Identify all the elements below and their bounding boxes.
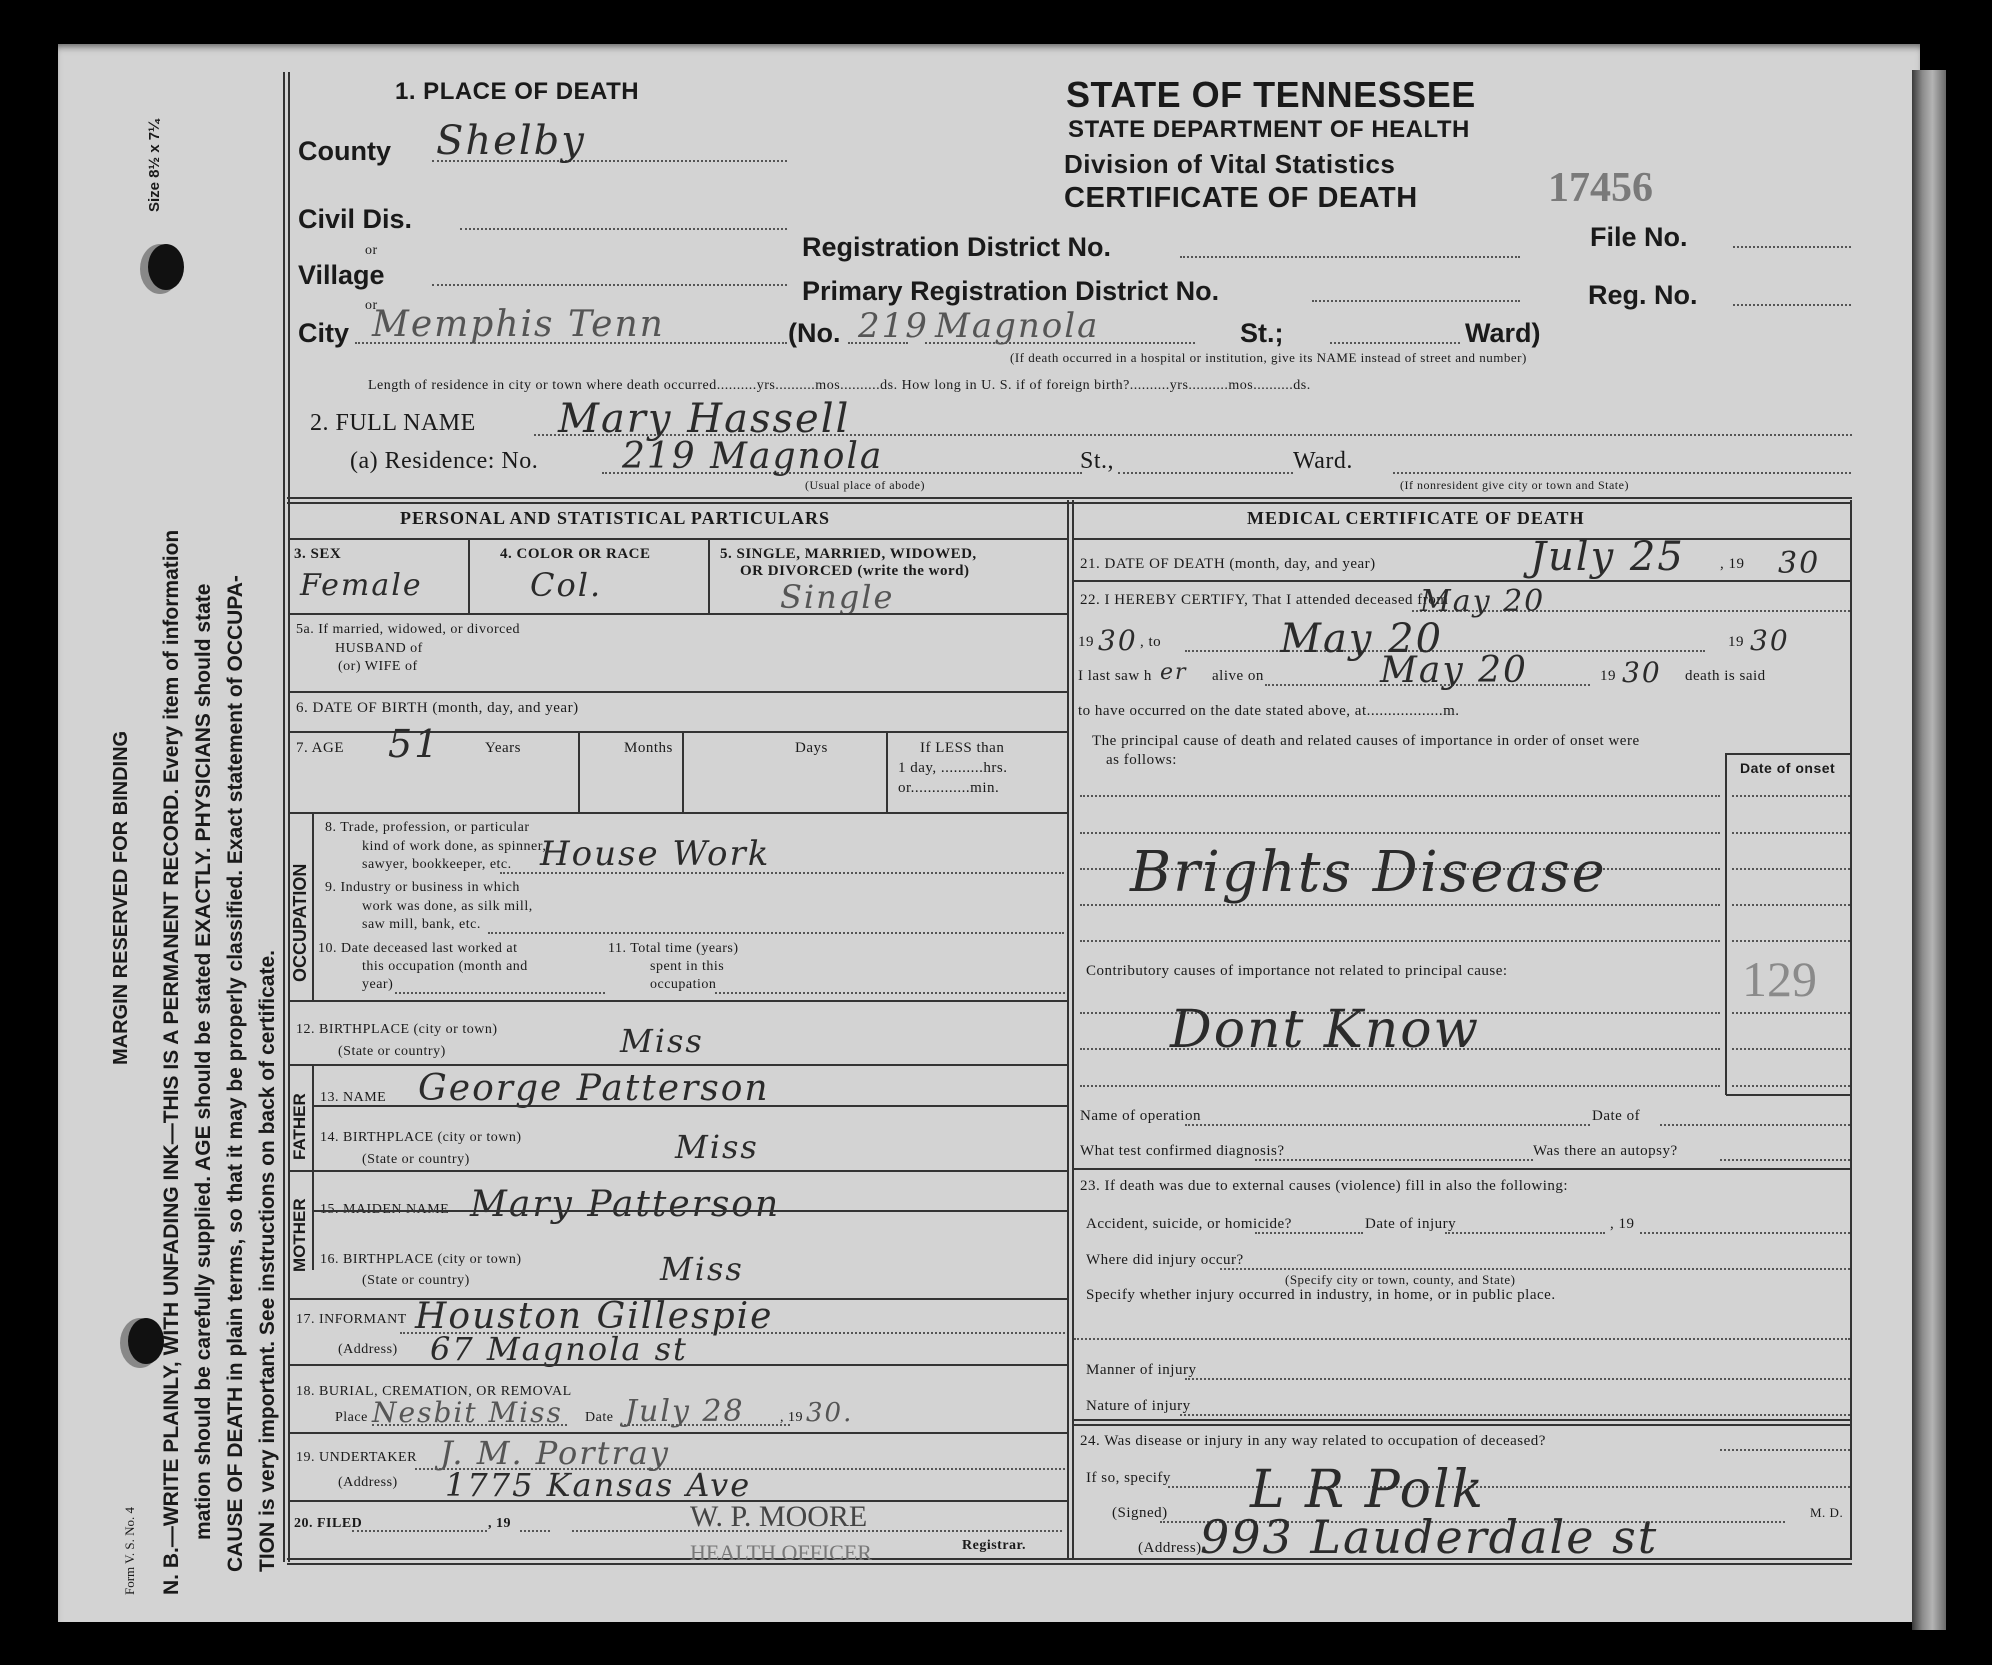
if-so-label: If so, specify [1086,1470,1171,1487]
residence-value[interactable]: 219 Magnola [622,436,883,477]
trade-value[interactable]: House Work [540,834,770,874]
civil-district-label: Civil Dis. [298,204,412,235]
last-saw-label: I last saw h [1078,668,1152,685]
nature-injury-label: Nature of injury [1086,1398,1191,1415]
row-line [1074,538,1852,540]
injury-year-label: , 19 [1610,1216,1635,1233]
signed-label: (Signed) [1112,1505,1168,1522]
last-worked-label-1: 10. Date deceased last worked at [318,941,517,957]
medical-heading: MEDICAL CERTIFICATE OF DEATH [1247,508,1585,529]
birthplace-label-2: (State or country) [338,1044,446,1060]
birthplace-label-1: 12. BIRTHPLACE (city or town) [296,1022,497,1038]
father-birthplace-value[interactable]: Miss [675,1128,759,1166]
cause-line [1080,795,1720,797]
civil-district-field[interactable] [460,228,787,230]
father-side-label: FATHER [290,1093,310,1160]
file-no-field[interactable] [1733,246,1851,248]
onset-box-top [1726,753,1850,755]
instruction-line-1: N. B.—WRITE PLAINLY, WITH UNFADING INK—T… [160,530,184,1595]
marital-value[interactable]: Single [780,578,894,616]
col-line [578,731,580,812]
registrar-label: Registrar. [962,1538,1026,1554]
division-title: Division of Vital Statistics [1064,149,1395,180]
manner-injury-label: Manner of injury [1086,1362,1196,1379]
registrar-stamp: W. P. MOORE [690,1500,867,1534]
year-prefix: 19 [1078,634,1094,651]
trade-label-3: sawyer, bookkeeper, etc. [362,857,512,873]
row-line [288,1364,1068,1366]
registration-district-field[interactable] [1180,256,1520,258]
personal-heading: PERSONAL AND STATISTICAL PARTICULARS [400,508,830,529]
mother-birthplace-value[interactable]: Miss [660,1250,744,1288]
attended-from-value[interactable]: May 20 [1420,584,1545,619]
marital-label-1: 5. SINGLE, MARRIED, WIDOWED, [720,546,977,563]
trade-label-2: kind of work done, as spinner, [362,839,546,855]
test-field[interactable] [1255,1159,1533,1161]
last-worked-label-2: this occupation (month and [362,959,528,975]
industry-field[interactable] [488,932,1064,934]
race-label: 4. COLOR OR RACE [500,546,651,563]
instruction-line-3: CAUSE OF DEATH in plain terms, so that i… [224,575,248,1572]
col-line [312,812,314,1000]
onset-line [1732,1085,1850,1087]
margin-code: 129 [1742,950,1817,1008]
last-saw-year[interactable]: 30 [1622,656,1662,689]
onset-line [1732,940,1850,942]
autopsy-field[interactable] [1720,1159,1850,1161]
injury-year-field[interactable] [1640,1232,1850,1234]
date-of-death-year-prefix: , 19 [1720,556,1745,573]
date-of-death-value[interactable]: July 25 [1530,534,1685,580]
row-line [288,691,1068,693]
days-label: Days [795,740,828,757]
age-label: 7. AGE [296,740,344,757]
county-value[interactable]: Shelby [436,118,586,164]
residence-st-field[interactable] [1118,472,1293,474]
street-value[interactable]: Magnola [935,306,1099,346]
undertaker-label: 19. UNDERTAKER [296,1450,417,1466]
filed-year-field[interactable] [520,1530,550,1532]
burial-date-value[interactable]: July 28 [625,1394,745,1429]
binding-margin-note: MARGIN RESERVED FOR BINDING [110,731,133,1065]
months-label: Months [624,740,673,757]
onset-line [1732,1048,1850,1050]
city-value[interactable]: Memphis Tenn [372,304,665,345]
hospital-note: (If death occurred in a hospital or inst… [1010,350,1527,366]
col-line [312,1064,314,1270]
date-of-death-year[interactable]: 30 [1778,546,1820,581]
last-worked-label-3: year) [362,977,393,993]
date-of-death-label: 21. DATE OF DEATH (month, day, and year) [1080,556,1376,573]
burial-year-prefix: , 19 [780,1410,803,1426]
occupation-related-label: 24. Was disease or injury in any way rel… [1080,1433,1546,1450]
instruction-line-2: mation should be carefully supplied. AGE… [192,584,216,1540]
date-of-onset-label: Date of onset [1740,760,1835,776]
col-line [708,538,710,614]
nonresident-note: (If nonresident give city or town and St… [1400,478,1629,493]
residence-label: (a) Residence: No. [350,448,538,475]
county-label: County [298,136,391,167]
certify-label: 22. I HEREBY CERTIFY, That I attended de… [1080,592,1448,609]
residence-ward-label: Ward. [1293,448,1353,475]
row-line [312,1210,1068,1212]
accident-label: Accident, suicide, or homicide? [1086,1216,1292,1233]
last-worked-field[interactable] [395,992,605,994]
year-prefix-3: 19 [1600,668,1616,685]
certificate-stamp-number: 17456 [1548,164,1653,212]
row-line [288,538,1068,540]
onset-line [1732,832,1850,834]
industry-label-3: saw mill, bank, etc. [362,917,481,933]
sex-value[interactable]: Female [300,568,423,603]
ward-field[interactable] [1330,342,1460,344]
physician-address-value[interactable]: 993 Lauderdale st [1200,1510,1658,1564]
race-value[interactable]: Col. [530,566,602,604]
village-field[interactable] [432,284,787,286]
informant-label: 17. INFORMANT [296,1312,407,1328]
father-name-label: 13. NAME [320,1090,386,1106]
operation-label: Name of operation [1080,1108,1201,1125]
primary-registration-field[interactable] [1312,300,1520,302]
burial-year-value[interactable]: 30. [806,1398,853,1428]
row-line [1074,580,1852,582]
department-title: STATE DEPARTMENT OF HEALTH [1068,116,1470,144]
onset-line [1732,868,1850,870]
where-injury-note: (Specify city or town, county, and State… [1285,1272,1516,1288]
residence-st-label: St., [1080,448,1114,475]
place-of-death-heading: 1. PLACE OF DEATH [395,78,639,106]
row-line-double [1074,1419,1852,1426]
row-line [312,1105,1068,1107]
burial-date-label: Date [585,1410,613,1426]
last-saw-value[interactable]: May 20 [1380,650,1528,691]
binding-hole-bottom [128,1318,164,1364]
ward-label: Ward) [1465,318,1541,349]
contributory-line [1080,1085,1720,1087]
column-divider [1067,500,1074,1560]
city-label: City [298,318,349,349]
row-line [288,1064,1068,1066]
primary-registration-label: Primary Registration District No. [802,276,1219,307]
total-time-label-2: spent in this [650,959,724,975]
row-line [288,1500,1068,1502]
total-time-label-1: 11. Total time (years) [608,941,739,957]
informant-address-value[interactable]: 67 Magnola st [430,1330,688,1368]
undertaker-address-label: (Address) [338,1475,398,1491]
filed-date-field[interactable] [352,1530,487,1532]
cause-line [1080,832,1720,834]
spouse-label-1: 5a. If married, widowed, or divorced [296,622,520,638]
row-line [288,1170,1068,1172]
age-value[interactable]: 51 [388,722,440,766]
less-than-minutes: or..............min. [898,780,999,797]
contributory-cause-label: Contributory causes of importance not re… [1086,963,1508,980]
burial-place-label: Place [335,1410,368,1426]
row-line [1074,1168,1852,1170]
autopsy-label: Was there an autopsy? [1533,1143,1678,1160]
manner-injury-field[interactable] [1185,1378,1850,1380]
onset-box-bottom [1726,1094,1850,1096]
attended-from-year[interactable]: 30 [1098,624,1138,657]
father-name-value[interactable]: George Patterson [418,1068,770,1109]
paper-edge-shadow [1912,70,1946,1630]
col-line [886,731,888,812]
street-number-value[interactable]: 219 [858,306,929,346]
injury-date-label: Date of injury [1365,1216,1456,1233]
alive-label: alive on [1212,668,1264,685]
specify-injury-label: Specify whether injury occurred in indus… [1086,1287,1556,1304]
binding-hole-top [148,244,184,290]
physician-address-label: (Address) [1138,1540,1202,1557]
time-of-death-label: to have occurred on the date stated abov… [1078,703,1460,720]
file-no-label: File No. [1590,222,1688,253]
col-line [682,731,684,812]
reg-no-field[interactable] [1733,304,1851,306]
principal-cause-label-1: The principal cause of death and related… [1092,733,1640,750]
onset-box-divider [1725,753,1727,1095]
md-label: M. D. [1810,1505,1843,1521]
undertaker-address-value[interactable]: 1775 Kansas Ave [445,1466,751,1504]
state-title: STATE OF TENNESSEE [1066,74,1476,116]
spouse-label-3: (or) WIFE of [338,659,418,675]
onset-line [1732,904,1850,906]
dob-label: 6. DATE OF BIRTH (month, day, and year) [296,700,579,717]
abode-note: (Usual place of abode) [805,478,925,493]
total-time-label-3: occupation [650,977,716,993]
occupation-side-label: OCCUPATION [290,864,311,982]
residence-length-line: Length of residence in city or town wher… [368,378,1311,394]
burial-place-value[interactable]: Nesbit Miss [372,1396,563,1429]
industry-label-1: 9. Industry or business in which [325,880,520,896]
residence-ward-field[interactable] [1393,472,1851,474]
informant-address-label: (Address) [338,1342,398,1358]
where-injury-field[interactable] [1220,1268,1850,1270]
industry-label-2: work was done, as silk mill, [362,899,533,915]
operation-field[interactable] [1185,1124,1590,1126]
form-right-border [1850,500,1852,1560]
row-line [288,613,1068,615]
contributory-cause-value[interactable]: Dont Know [1170,1000,1480,1060]
certificate-title: CERTIFICATE OF DEATH [1064,182,1418,215]
nature-injury-field[interactable] [1180,1414,1850,1416]
mother-birthplace-label-2: (State or country) [362,1273,470,1289]
cause-line [1080,940,1720,942]
year-prefix-2: 19 [1728,634,1744,651]
size-note: Size 8½ x 7¼ [146,119,163,212]
death-said-label: death is said [1685,668,1766,685]
mother-name-value[interactable]: Mary Patterson [470,1184,780,1225]
injury-date-field[interactable] [1445,1232,1605,1234]
street-number-label: (No. [788,318,840,349]
filed-year-label: , 19 [488,1516,511,1532]
specify-injury-field[interactable] [1074,1338,1850,1340]
form-number: Form V. S. No. 4 [122,1507,138,1595]
instruction-line-4: TION is very important. See instructions… [256,950,280,1572]
attended-to-year[interactable]: 30 [1750,624,1790,657]
full-name-label: 2. FULL NAME [310,410,476,437]
row-line [288,1432,1068,1434]
years-label: Years [485,740,521,757]
onset-line [1732,795,1850,797]
spouse-label-2: HUSBAND of [335,641,423,657]
mother-birthplace-label-1: 16. BIRTHPLACE (city or town) [320,1252,521,1268]
or-label: or [365,243,378,259]
operation-date-label: Date of [1592,1108,1640,1125]
reg-no-label: Reg. No. [1588,280,1698,311]
birthplace-value[interactable]: Miss [620,1022,704,1060]
registrar-stamp-title: HEALTH OFFICER [690,1540,872,1566]
st-label: St.; [1240,318,1284,349]
registration-district-label: Registration District No. [802,232,1111,263]
occupation-related-field[interactable] [1720,1449,1850,1451]
principal-cause-label-2: as follows: [1106,752,1177,769]
external-causes-label: 23. If death was due to external causes … [1080,1178,1568,1195]
village-label: Village [298,260,385,291]
less-than-hours: 1 day, ..........hrs. [898,760,1008,777]
operation-date-field[interactable] [1660,1124,1850,1126]
total-time-field[interactable] [715,992,1065,994]
form-left-border [283,72,290,1562]
to-label: , to [1140,634,1161,651]
onset-line [1732,1012,1850,1014]
last-saw-pronoun[interactable]: er [1160,660,1188,685]
principal-cause-value[interactable]: Brights Disease [1130,840,1607,905]
father-birthplace-label-1: 14. BIRTHPLACE (city or town) [320,1130,521,1146]
row-line [288,1000,1068,1002]
sex-label: 3. SEX [294,546,341,563]
mother-side-label: MOTHER [290,1198,310,1272]
where-injury-label: Where did injury occur? [1086,1252,1244,1269]
less-than-label: If LESS than [920,740,1004,757]
col-line [468,538,470,614]
father-birthplace-label-2: (State or country) [362,1152,470,1168]
trade-label-1: 8. Trade, profession, or particular [325,820,530,836]
test-label: What test confirmed diagnosis? [1080,1143,1285,1160]
row-line [288,812,1068,814]
accident-field[interactable] [1255,1232,1363,1234]
